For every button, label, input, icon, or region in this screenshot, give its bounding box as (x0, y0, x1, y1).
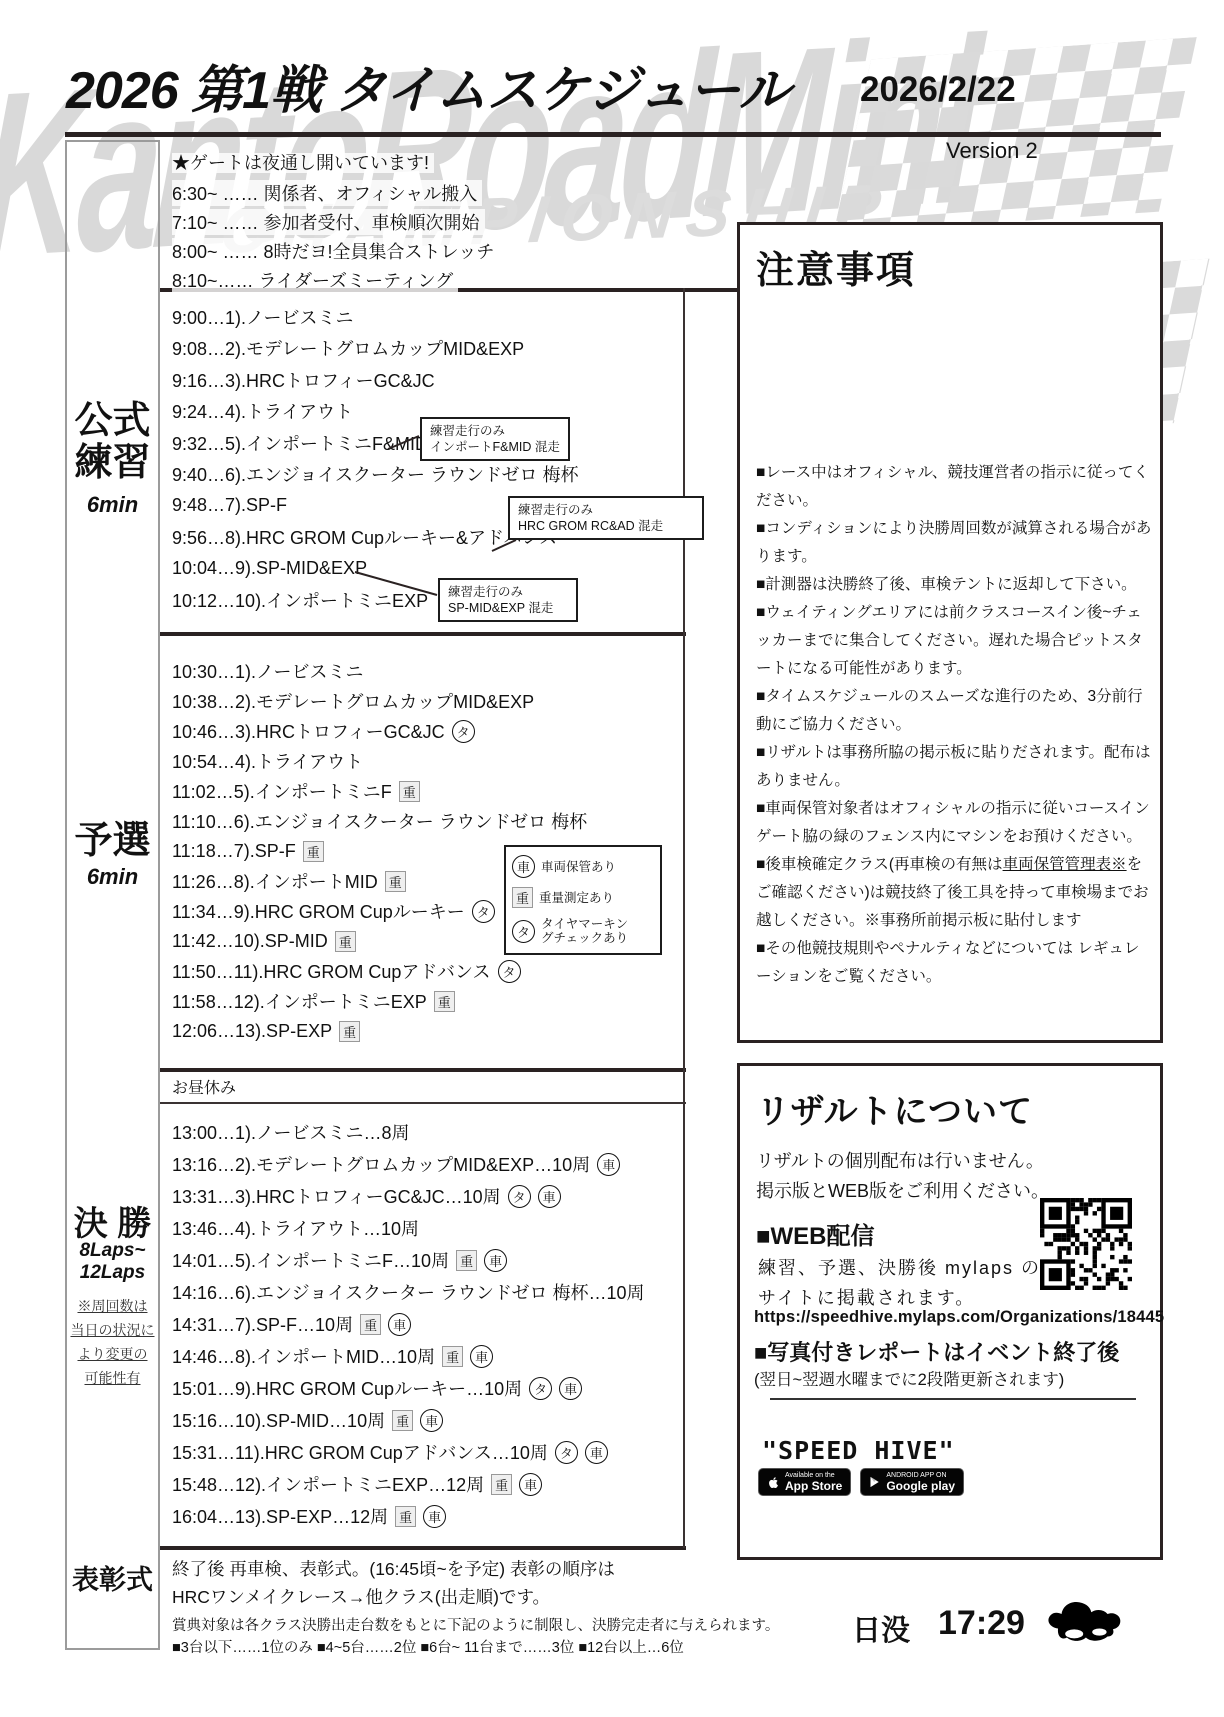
schedule-row-text: 10:30…1).ノービスミニ (172, 658, 364, 684)
schedule-row-marks: 重車 (388, 1505, 446, 1528)
sidebar-frame (65, 140, 160, 1650)
marker-legend: 車 車両保管あり 重 重量測定あり タ タイヤマーキン グチェックあり (504, 845, 662, 955)
lunch-rule (160, 1102, 686, 1104)
schedule-row-marks: タ車 (501, 1185, 561, 1208)
schedule-row-text: 15:31…11).HRC GROM Cupアドバンス…10周 (172, 1439, 548, 1465)
notices-intro (756, 309, 1154, 449)
weight-check-marker: 重 (339, 1021, 360, 1042)
schedule-row: 11:50…11).HRC GROM Cupアドバンス タ (160, 956, 684, 986)
schedule-row: 16:04…13).SP-EXP…12周 重車 (160, 1500, 684, 1532)
section-label-practice: 公式練習 (65, 400, 160, 484)
notice-bullet: ■リザルトは事務所脇の掲示板に貼りだされます。配布はありません。 (756, 739, 1154, 795)
weight-check-marker: 重 (442, 1346, 463, 1367)
schedule-row-text: 10:46…3).HRCトロフィーGC&JC (172, 718, 445, 744)
schedule-row-marks: タ (465, 900, 495, 923)
schedule-row-text: 15:16…10).SP-MID…10周 (172, 1407, 385, 1433)
notice-bullet: ■その他競技規則やペナルティなどについては レギュレーションをご覧ください。 (756, 935, 1154, 991)
schedule-row: 13:16…2).モデレートグロムカップMID&EXP…10周 車 (160, 1148, 684, 1180)
schedule-row: 10:54…4).トライアウト (160, 746, 684, 776)
notice-bullet: ■車両保管対象者はオフィシャルの指示に従いコースインゲート脇の緑のフェンス内にマ… (756, 795, 1154, 851)
vehicle-storage-marker: 車 (597, 1153, 620, 1176)
legend-row: 車 車両保管あり (512, 855, 654, 878)
morning-row-text: 7:10~ …… 参加者受付、車検順次開始 (172, 209, 485, 235)
schedule-row-text: 11:26…8).インポートMID (172, 868, 378, 894)
schedule-row-text: 11:58…12).インポートミニEXP (172, 988, 427, 1014)
schedule-row-marks: 重 (392, 781, 420, 802)
schedule-row-text: 13:46…4).トライアウト…10周 (172, 1215, 419, 1241)
schedule-row-text: 13:00…1).ノービスミニ…8周 (172, 1119, 410, 1145)
weight-check-marker: 重 (335, 931, 356, 952)
sunset-cloud-icon (1040, 1594, 1130, 1649)
version-label: Version 2 (946, 138, 1038, 164)
morning-row: 7:10~ …… 参加者受付、車検順次開始 (160, 207, 684, 236)
weight-check-marker: 重 (456, 1250, 477, 1271)
notices-bullets: ■レース中はオフィシャル、競技運営者の指示に従ってください。■コンディションによ… (756, 459, 1154, 991)
schedule-row-text: 10:04…9).SP-MID&EXP (172, 558, 372, 579)
event-date: 2026/2/22 (860, 70, 1016, 110)
results-paragraph: リザルトの個別配布は行いません。掲示版とWEB版をご利用ください。 (756, 1146, 1049, 1206)
schedule-row: 9:16…3).HRCトロフィーGC&JC (160, 364, 684, 396)
morning-row: 8:10~…… ライダーズミーティング (160, 265, 684, 294)
vehicle-storage-marker: 車 (484, 1249, 507, 1272)
notice-bullet: ■計測器は決勝終了後、車検テントに返却して下さい。 (756, 571, 1154, 599)
apple-icon (767, 1475, 780, 1490)
final-laps: 8Laps~ 12Laps (65, 1240, 160, 1284)
vehicle-storage-marker: 車 (585, 1441, 608, 1464)
weight-check-marker: 重 (385, 871, 406, 892)
schedule-row: 14:16…6).エンジョイスクーター ラウンドゼロ 梅杯…10周 (160, 1276, 684, 1308)
report-sub: (翌日~翌週水曜までに2段階更新されます) (754, 1366, 1064, 1390)
schedule-row: 15:16…10).SP-MID…10周 重車 (160, 1404, 684, 1436)
notices-intro-line (756, 421, 1154, 449)
legend-label: 重量測定あり (539, 891, 614, 905)
schedule-row-marks: 車 (590, 1153, 620, 1176)
legend-symbol: 車 (512, 855, 535, 878)
morning-rows: 6:30~ …… 関係者、オフィシャル搬入7:10~ …… 参加者受付、車検順次… (160, 178, 684, 294)
web-line2: サイトに掲載されます。 (758, 1284, 975, 1310)
notice-bullet: ■後車検確定クラス(再車検の有無は車両保管管理表※をご確認ください)は競技終了後… (756, 851, 1154, 935)
app-store-badge: Available on theApp Store (758, 1468, 851, 1496)
qualifying-duration: 6min (65, 864, 160, 890)
award-line1: 終了後 再車検、表彰式。(16:45頃~を予定) 表彰の順序は (172, 1556, 615, 1581)
schedule-row-marks: タ (491, 960, 521, 983)
schedule-row-text: 9:16…3).HRCトロフィーGC&JC (172, 367, 440, 393)
section-rule (160, 632, 686, 636)
schedule-row: 15:48…12).インポートミニEXP…12周 重車 (160, 1468, 684, 1500)
schedule-row-text: 11:02…5).インポートミニF (172, 778, 392, 804)
callout-hrc-grom: 練習走行のみHRC GROM RC&AD 混走 (508, 496, 704, 540)
page-title: 2026 第1戦 タイムスケジュール (66, 48, 789, 123)
weight-check-marker: 重 (392, 1410, 413, 1431)
schedule-row-marks: タ (445, 720, 475, 743)
weight-check-marker: 重 (491, 1474, 512, 1495)
results-url: https://speedhive.mylaps.com/Organizatio… (754, 1308, 1164, 1327)
schedule-row: 13:00…1).ノービスミニ…8周 (160, 1116, 684, 1148)
schedule-row: 15:31…11).HRC GROM Cupアドバンス…10周 タ車 (160, 1436, 684, 1468)
schedule-row-marks: 重 (427, 991, 455, 1012)
schedule-row-text: 10:38…2).モデレートグロムカップMID&EXP (172, 688, 534, 714)
vehicle-storage-marker: 車 (559, 1377, 582, 1400)
schedule-row-text: 9:08…2).モデレートグロムカップMID&EXP (172, 335, 529, 361)
legend-symbol: 重 (512, 887, 533, 908)
schedule-row-text: 11:34…9).HRC GROM Cupルーキー (172, 898, 465, 924)
schedule-row-text: 14:16…6).エンジョイスクーター ラウンドゼロ 梅杯…10周 (172, 1279, 645, 1305)
speedhive-name: "SPEED HIVE" (762, 1436, 955, 1465)
legend-label: 車両保管あり (541, 860, 616, 874)
sunset-label: 日没 (852, 1608, 910, 1649)
callout-import-fmid: 練習走行のみインポートF&MID 混走 (420, 417, 570, 461)
prize-rule-line2: ■3台以下……1位のみ ■4~5台……2位 ■6台~ 11台まで……3位 ■12… (172, 1636, 684, 1657)
gate-note: ★ゲートは夜通し開いています! (172, 149, 434, 175)
notices-title: 注意事項 (756, 239, 916, 294)
schedule-row-text: 14:01…5).インポートミニF…10周 (172, 1247, 449, 1273)
schedule-row-marks: 重車 (484, 1473, 542, 1496)
notices-box: 注意事項 ■レース中はオフィシャル、競技運営者の指示に従ってください。■コンディ… (737, 222, 1163, 1043)
schedule-row-marks: 重 (328, 931, 356, 952)
header-rule (65, 132, 1161, 137)
notice-bullet: ■タイムスケジュールのスムーズな進行のため、3分前行動にご協力ください。 (756, 683, 1154, 739)
vehicle-storage-marker: 車 (423, 1505, 446, 1528)
google-play-badge: ANDROID APP ONGoogle play (860, 1468, 964, 1496)
tire-marking-marker: タ (529, 1377, 552, 1400)
weight-check-marker: 重 (395, 1506, 416, 1527)
notices-intro-line (756, 309, 1154, 337)
schedule-row: 15:01…9).HRC GROM Cupルーキー…10周 タ車 (160, 1372, 684, 1404)
section-label-final: 決 勝 (65, 1196, 160, 1245)
morning-row: 6:30~ …… 関係者、オフィシャル搬入 (160, 178, 684, 207)
schedule-row: 14:46…8).インポートMID…10周 重車 (160, 1340, 684, 1372)
schedule-row-marks: タ車 (548, 1441, 608, 1464)
morning-row-text: 8:00~ …… 8時だヨ!全員集合ストレッチ (172, 238, 499, 264)
schedule-row-marks: 重車 (353, 1313, 411, 1336)
tire-marking-marker: タ (452, 720, 475, 743)
schedule-row: 13:31…3).HRCトロフィーGC&JC…10周 タ車 (160, 1180, 684, 1212)
schedule-row-text: 10:54…4).トライアウト (172, 748, 363, 774)
schedule-row: 12:06…13).SP-EXP 重 (160, 1016, 684, 1046)
schedule-row-text: 13:31…3).HRCトロフィーGC&JC…10周 (172, 1183, 501, 1209)
notices-intro-line (756, 365, 1154, 393)
web-line1: 練習、予選、決勝後 mylaps の (758, 1254, 1041, 1280)
schedule-row-text: 9:00…1).ノービスミニ (172, 304, 359, 330)
schedule-row: 13:46…4).トライアウト…10周 (160, 1212, 684, 1244)
schedule-row-marks: 重車 (435, 1345, 493, 1368)
notice-bullet: ■レース中はオフィシャル、競技運営者の指示に従ってください。 (756, 459, 1154, 515)
notices-intro-line (756, 393, 1154, 421)
schedule-row-text: 9:32…5).インポートミニF&MID (172, 430, 433, 456)
tire-marking-marker: タ (508, 1185, 531, 1208)
schedule-row-text: 9:48…7).SP-F (172, 495, 292, 516)
morning-row: 8:00~ …… 8時だヨ!全員集合ストレッチ (160, 236, 684, 265)
schedule-row: 11:02…5).インポートミニF 重 (160, 776, 684, 806)
notice-bullet: ■ウェイティングエリアには前クラスコースイン後~チェッカーまでに集合してください… (756, 599, 1154, 683)
final-rows: 13:00…1).ノービスミニ…8周 13:16…2).モデレートグロムカップM… (160, 1116, 684, 1532)
weight-check-marker: 重 (399, 781, 420, 802)
vehicle-storage-marker: 車 (388, 1313, 411, 1336)
schedule-row-text: 9:56…8).HRC GROM Cupルーキー&アドバンス (172, 524, 562, 550)
schedule-row-text: 11:50…11).HRC GROM Cupアドバンス (172, 958, 491, 984)
schedule-row: 9:00…1).ノービスミニ (160, 301, 684, 333)
tire-marking-marker: タ (498, 960, 521, 983)
callout-sp-midexp: 練習走行のみSP-MID&EXP 混走 (438, 578, 578, 622)
schedule-row: 11:10…6).エンジョイスクーター ラウンドゼロ 梅杯 (160, 806, 684, 836)
schedule-row: 10:38…2).モデレートグロムカップMID&EXP (160, 686, 684, 716)
prize-rule-line1: 賞典対象は各クラス決勝出走台数をもとに下記のように制限し、決勝完走者に与えられま… (172, 1614, 779, 1635)
morning-row-text: 8:10~…… ライダーズミーティング (172, 267, 458, 293)
schedule-row-marks: 重車 (385, 1409, 443, 1432)
schedule-row: 14:31…7).SP-F…10周 重車 (160, 1308, 684, 1340)
schedule-row-text: 14:46…8).インポートMID…10周 (172, 1343, 435, 1369)
section-rule (160, 1546, 686, 1550)
section-label-award: 表彰式 (65, 1558, 160, 1597)
schedule-row-marks: タ車 (522, 1377, 582, 1400)
schedule-row: 10:04…9).SP-MID&EXP (160, 553, 684, 585)
results-box: リザルトについて リザルトの個別配布は行いません。掲示版とWEB版をご利用くださ… (737, 1063, 1163, 1560)
schedule-row-marks: 重車 (449, 1249, 507, 1272)
morning-row-text: 6:30~ …… 関係者、オフィシャル搬入 (172, 180, 482, 206)
schedule-row-text: 14:31…7).SP-F…10周 (172, 1311, 353, 1337)
weight-check-marker: 重 (434, 991, 455, 1012)
legend-label: タイヤマーキン グチェックあり (541, 917, 628, 945)
schedule-row-text: 11:10…6).エンジョイスクーター ラウンドゼロ 梅杯 (172, 808, 587, 834)
vehicle-storage-marker: 車 (538, 1185, 561, 1208)
divider (770, 1398, 1136, 1400)
report-heading: ■写真付きレポートはイベント終了後 (754, 1336, 1119, 1367)
vehicle-storage-marker: 車 (519, 1473, 542, 1496)
final-note: ※周回数は 当日の状況に より変更の 可能性有 (65, 1294, 160, 1390)
schedule-sheet: KantoRoadMini CHAMPIONSHIP 2026 第1戦 タイムス… (0, 0, 1224, 1717)
notice-bullet: ■コンディションにより決勝周回数が減算される場合があります。 (756, 515, 1154, 571)
section-rule (160, 1068, 686, 1072)
schedule-row-marks: 重 (332, 1021, 360, 1042)
schedule-row-text: 9:40…6).エンジョイスクーター ラウンドゼロ 梅杯 (172, 461, 584, 487)
vehicle-storage-marker: 車 (420, 1409, 443, 1432)
qr-code (1040, 1198, 1132, 1290)
schedule-row: 10:46…3).HRCトロフィーGC&JC タ (160, 716, 684, 746)
schedule-row-text: 9:24…4).トライアウト (172, 398, 358, 424)
award-line2: HRCワンメイクレース→他クラス(出走順)です。 (172, 1584, 550, 1609)
schedule-row-marks: 重 (296, 841, 324, 862)
schedule-row-text: 12:06…13).SP-EXP (172, 1021, 332, 1042)
section-label-qualifying: 予選 (65, 820, 160, 862)
schedule-row-text: 15:48…12).インポートミニEXP…12周 (172, 1471, 484, 1497)
schedule-row: 10:12…10).インポートミニEXP (160, 585, 684, 617)
schedule-row-text: 13:16…2).モデレートグロムカップMID&EXP…10周 (172, 1151, 590, 1177)
schedule-row: 9:40…6).エンジョイスクーター ラウンドゼロ 梅杯 (160, 459, 684, 491)
play-icon (869, 1475, 881, 1489)
schedule-row-text: 11:18…7).SP-F (172, 841, 296, 862)
schedule-row: 10:30…1).ノービスミニ (160, 656, 684, 686)
practice-duration: 6min (65, 492, 160, 518)
schedule-row-text: 10:12…10).インポートミニEXP (172, 587, 433, 613)
sunset-time: 17:29 (938, 1604, 1025, 1643)
legend-symbol: タ (512, 920, 535, 943)
vehicle-storage-marker: 車 (470, 1345, 493, 1368)
schedule-row-text: 15:01…9).HRC GROM Cupルーキー…10周 (172, 1375, 522, 1401)
schedule-row-text: 11:42…10).SP-MID (172, 931, 328, 952)
schedule-row-text: 16:04…13).SP-EXP…12周 (172, 1503, 388, 1529)
weight-check-marker: 重 (360, 1314, 381, 1335)
schedule-row: 9:08…2).モデレートグロムカップMID&EXP (160, 333, 684, 365)
weight-check-marker: 重 (303, 841, 324, 862)
web-heading: ■WEB配信 (756, 1216, 875, 1251)
schedule-row: 14:01…5).インポートミニF…10周 重車 (160, 1244, 684, 1276)
notices-intro-line (756, 337, 1154, 365)
lunch-label: お昼休み (172, 1075, 236, 1098)
schedule-row: 11:58…12).インポートミニEXP 重 (160, 986, 684, 1016)
schedule-row-marks: 重 (378, 871, 406, 892)
legend-row: タ タイヤマーキン グチェックあり (512, 917, 654, 945)
results-title: リザルトについて (756, 1084, 1033, 1133)
legend-row: 重 重量測定あり (512, 887, 654, 908)
tire-marking-marker: タ (472, 900, 495, 923)
tire-marking-marker: タ (555, 1441, 578, 1464)
